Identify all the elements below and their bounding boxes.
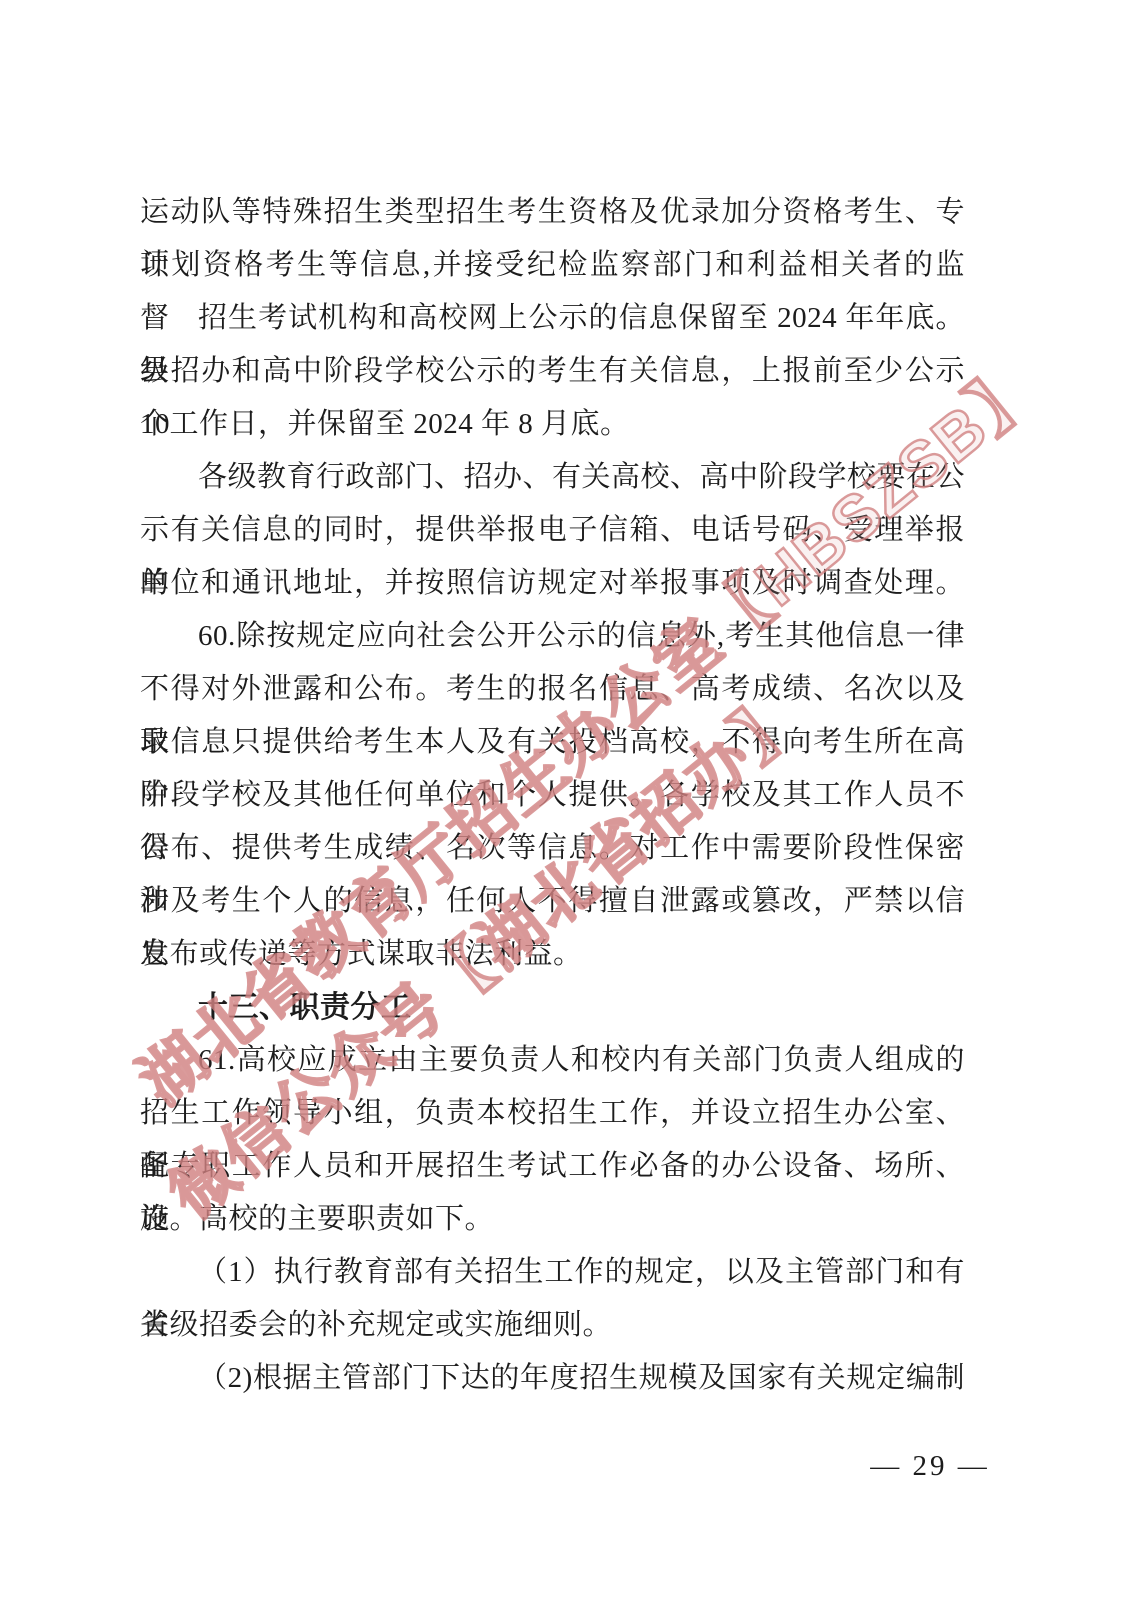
text-line: 级招办和高中阶段学校公示的考生有关信息，上报前至少公示 10 [140, 345, 965, 398]
text-line: （2)根据主管部门下达的年度招生规模及国家有关规定编制 [140, 1352, 965, 1405]
text-line: 个工作日，并保留至 2024 年 8 月底。 [140, 398, 965, 451]
document-page: 运动队等特殊招生类型招生考生资格及优录加分资格考生、专项 计划资格考生等信息,并… [0, 0, 1131, 1600]
text-line: 备专职工作人员和开展招生考试工作必备的办公设备、场所、设 [140, 1140, 965, 1193]
text-line: （1）执行教育部有关招生工作的规定，以及主管部门和有关 [140, 1246, 965, 1299]
text-line: 公布、提供考生成绩、名次等信息。对工作中需要阶段性保密和 [140, 822, 965, 875]
text-line: 省级招委会的补充规定或实施细则。 [140, 1299, 965, 1352]
page-number: — 29 — [850, 1450, 1010, 1483]
text-line: 施。高校的主要职责如下。 [140, 1193, 965, 1246]
text-line: 计划资格考生等信息,并接受纪检监察部门和利益相关者的监督。 [140, 239, 965, 292]
text-line: 单位和通讯地址，并按照信访规定对举报事项及时调查处理。 [140, 557, 965, 610]
document-text: 运动队等特殊招生类型招生考生资格及优录加分资格考生、专项 计划资格考生等信息,并… [140, 186, 965, 1405]
text-line: 阶段学校及其他任何单位和个人提供。各学校及其工作人员不得 [140, 769, 965, 822]
text-line: 60.除按规定应向社会公开公示的信息外,考生其他信息一律 [140, 610, 965, 663]
text-line: 取信息只提供给考生本人及有关投档高校，不得向考生所在高中 [140, 716, 965, 769]
text-line: 运动队等特殊招生类型招生考生资格及优录加分资格考生、专项 [140, 186, 965, 239]
text-line: 招生工作领导小组，负责本校招生工作，并设立招生办公室、配 [140, 1087, 965, 1140]
text-line: 发布或传递等方式谋取非法利益。 [140, 928, 965, 981]
text-line: 61.高校应成立由主要负责人和校内有关部门负责人组成的 [140, 1034, 965, 1087]
text-line: 示有关信息的同时，提供举报电子信箱、电话号码、受理举报的 [140, 504, 965, 557]
text-line: 各级教育行政部门、招办、有关高校、高中阶段学校要在公 [140, 451, 965, 504]
text-line: 不得对外泄露和公布。考生的报名信息、高考成绩、名次以及录 [140, 663, 965, 716]
text-line: 涉及考生个人的信息，任何人不得擅自泄露或篡改，严禁以信息 [140, 875, 965, 928]
text-line: 招生考试机构和高校网上公示的信息保留至 2024 年年底。县 [140, 292, 965, 345]
section-heading: 十三、职责分工 [140, 981, 965, 1034]
